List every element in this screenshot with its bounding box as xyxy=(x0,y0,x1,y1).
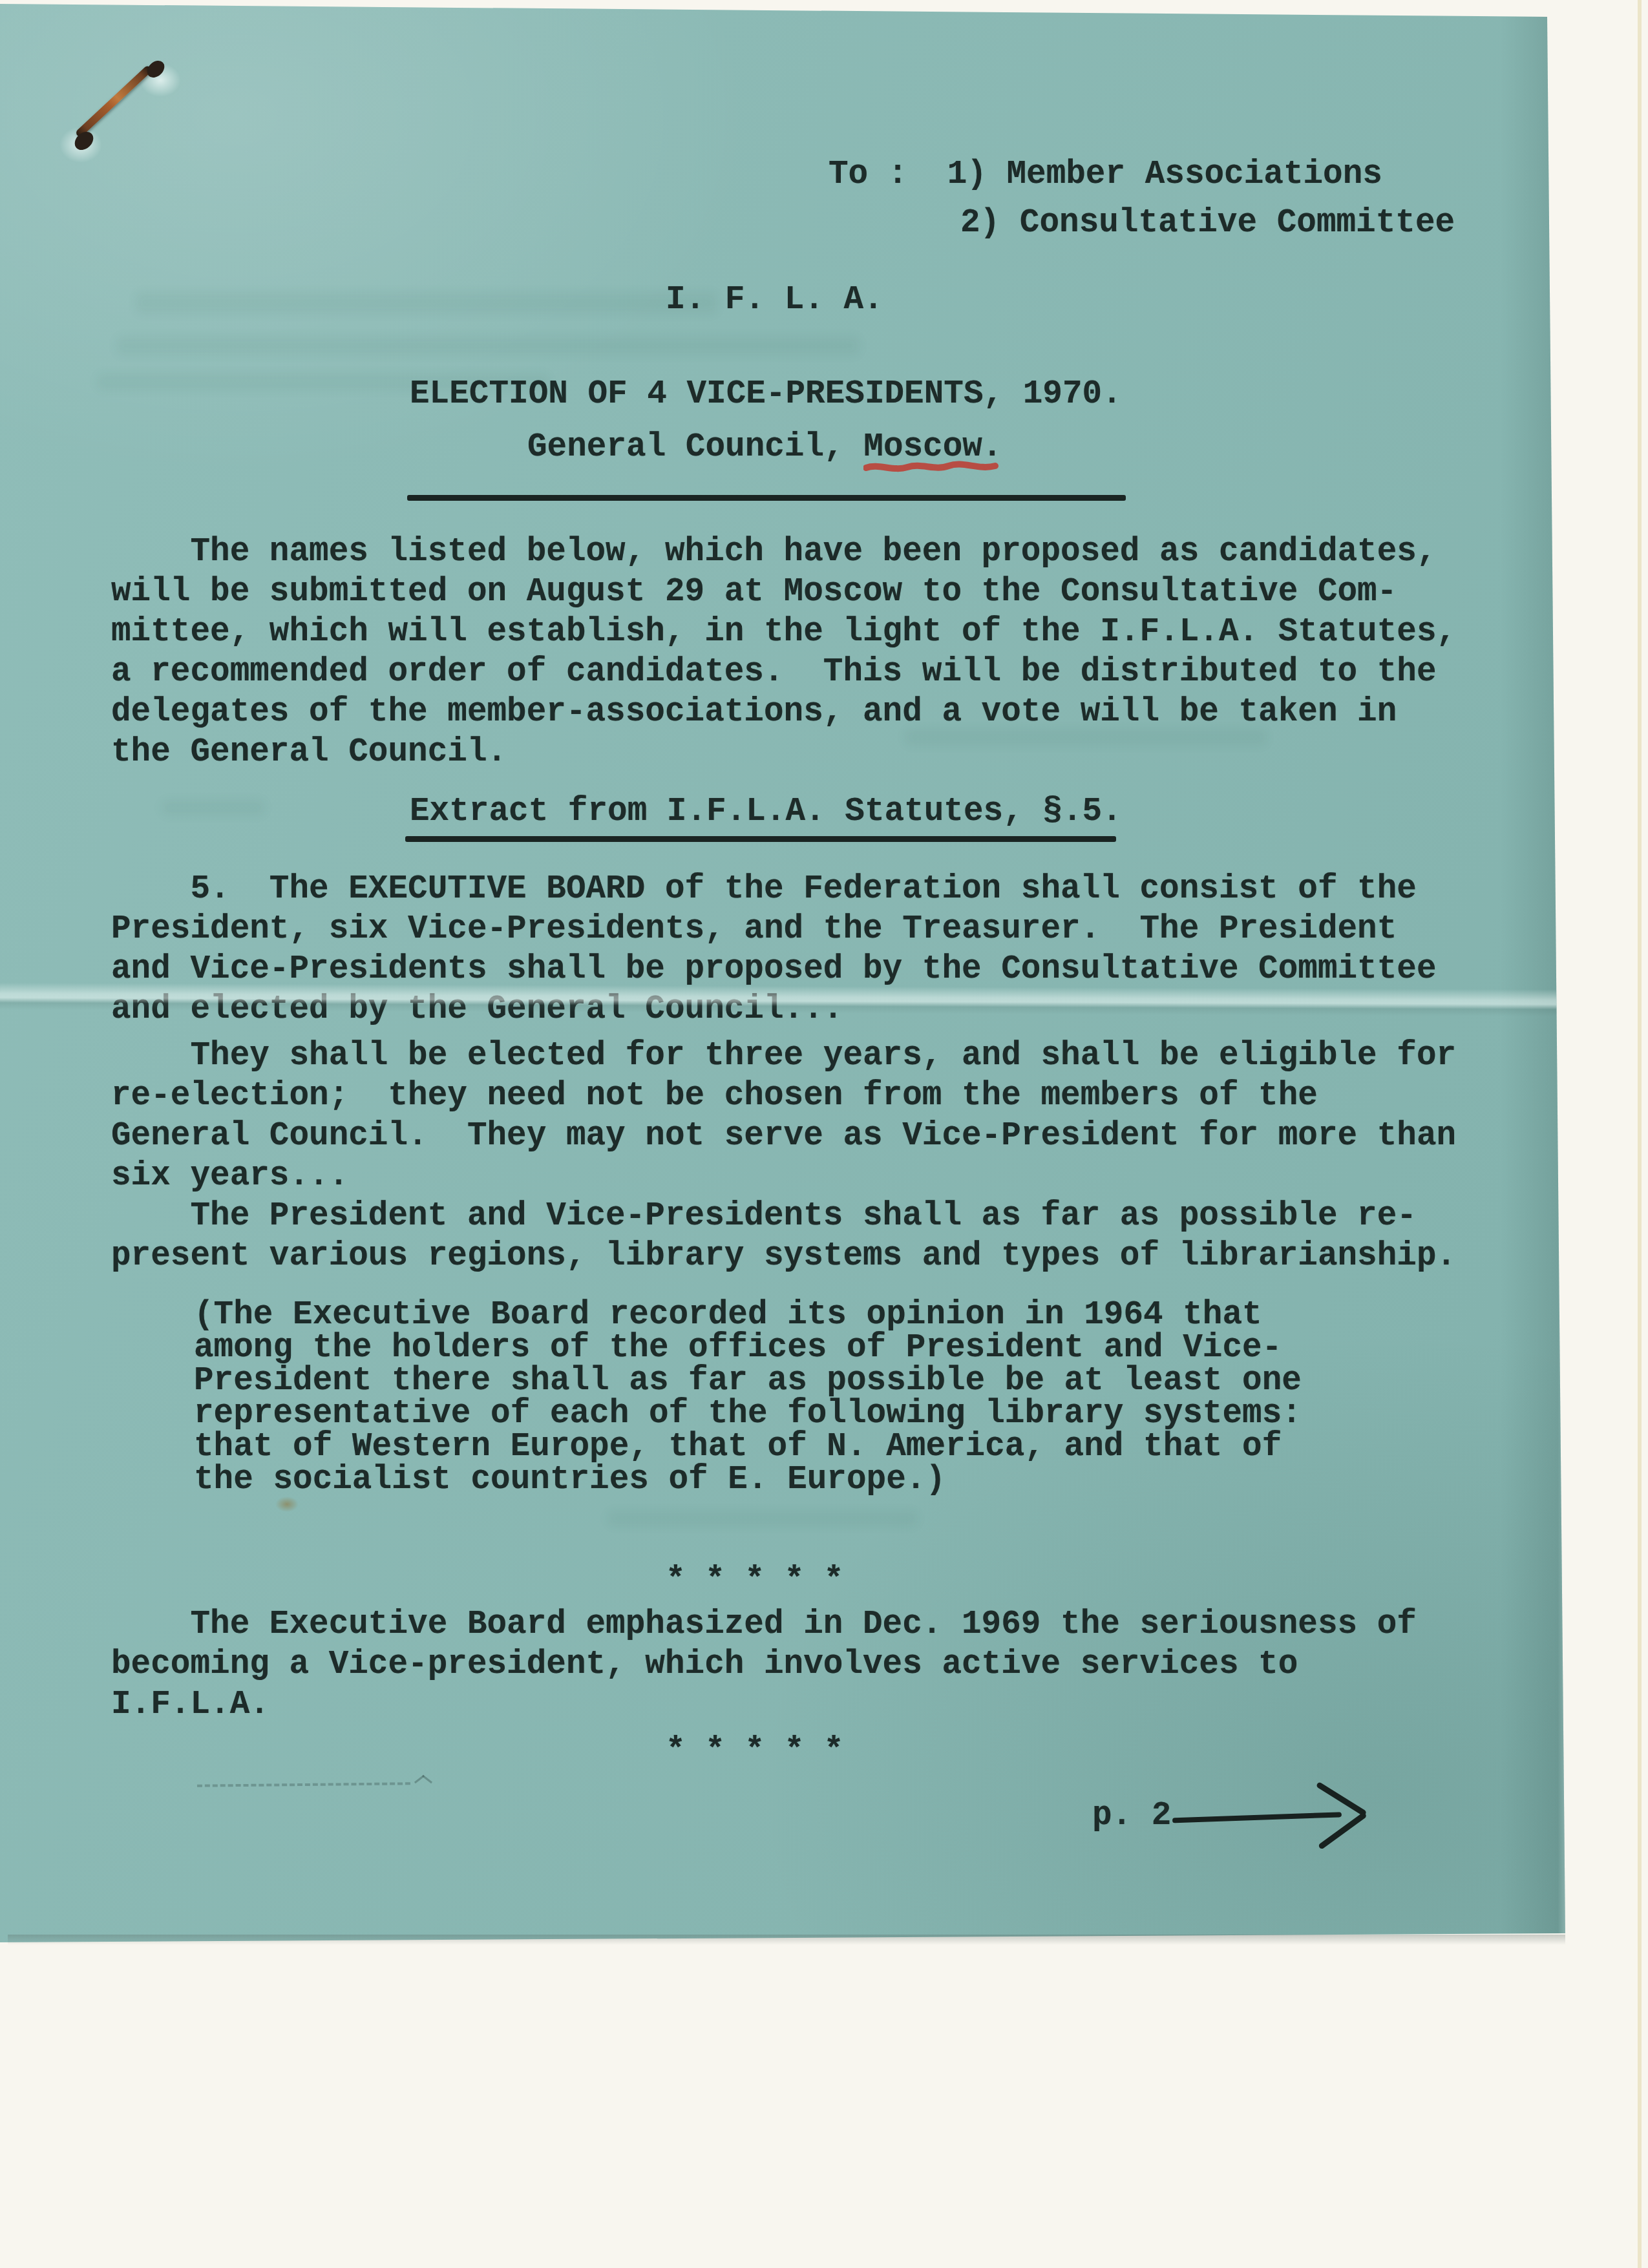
stars-separator-2: * * * * * xyxy=(666,1732,843,1772)
paper-stain xyxy=(275,1496,299,1512)
staple xyxy=(70,59,180,156)
paragraph-representation: The President and Vice-Presidents shall … xyxy=(111,1197,1456,1277)
pencil-mark xyxy=(197,1782,410,1790)
bleed-through-smudge xyxy=(607,1511,918,1526)
page-bottom-shadow xyxy=(8,1935,1565,1945)
page-ref: p. 2 xyxy=(1092,1796,1171,1836)
extract-heading: Extract from I.F.L.A. Statutes, §.5. xyxy=(410,792,1122,832)
bleed-through-smudge xyxy=(116,336,860,355)
stars-separator-1: * * * * * xyxy=(666,1561,843,1601)
moscow-red-underline xyxy=(863,460,999,477)
recipient-line-2: 2) Consultative Committee xyxy=(960,204,1455,244)
paragraph-1969-emphasis: The Executive Board emphasized in Dec. 1… xyxy=(111,1605,1417,1725)
scan-background: { "document": { "paper_color": "#8abab5"… xyxy=(0,0,1648,2268)
arrow-shaft xyxy=(1172,1812,1342,1823)
paragraph-1964-opinion: (The Executive Board recorded its opinio… xyxy=(194,1299,1302,1496)
bleed-through-smudge xyxy=(162,800,265,815)
pencil-caret-mark xyxy=(414,1772,433,1786)
extract-rule xyxy=(405,836,1116,842)
title-rule xyxy=(407,495,1126,501)
paragraph-intro: The names listed below, which have been … xyxy=(111,532,1456,773)
org-title: I. F. L. A. xyxy=(666,280,883,320)
next-page-arrow-icon xyxy=(1172,1794,1373,1842)
paragraph-term-of-office: They shall be elected for three years, a… xyxy=(111,1036,1456,1197)
staple-bar xyxy=(75,65,153,138)
scan-edge-strip xyxy=(1638,0,1642,2268)
bleed-through-smudge xyxy=(136,292,717,314)
arrow-head xyxy=(1316,1781,1367,1816)
doc-title: ELECTION OF 4 VICE-PRESIDENTS, 1970. xyxy=(410,375,1122,415)
document-page: To : 1) Member Associations 2) Consultat… xyxy=(0,0,1570,1945)
recipient-line-1: To : 1) Member Associations xyxy=(829,155,1382,195)
